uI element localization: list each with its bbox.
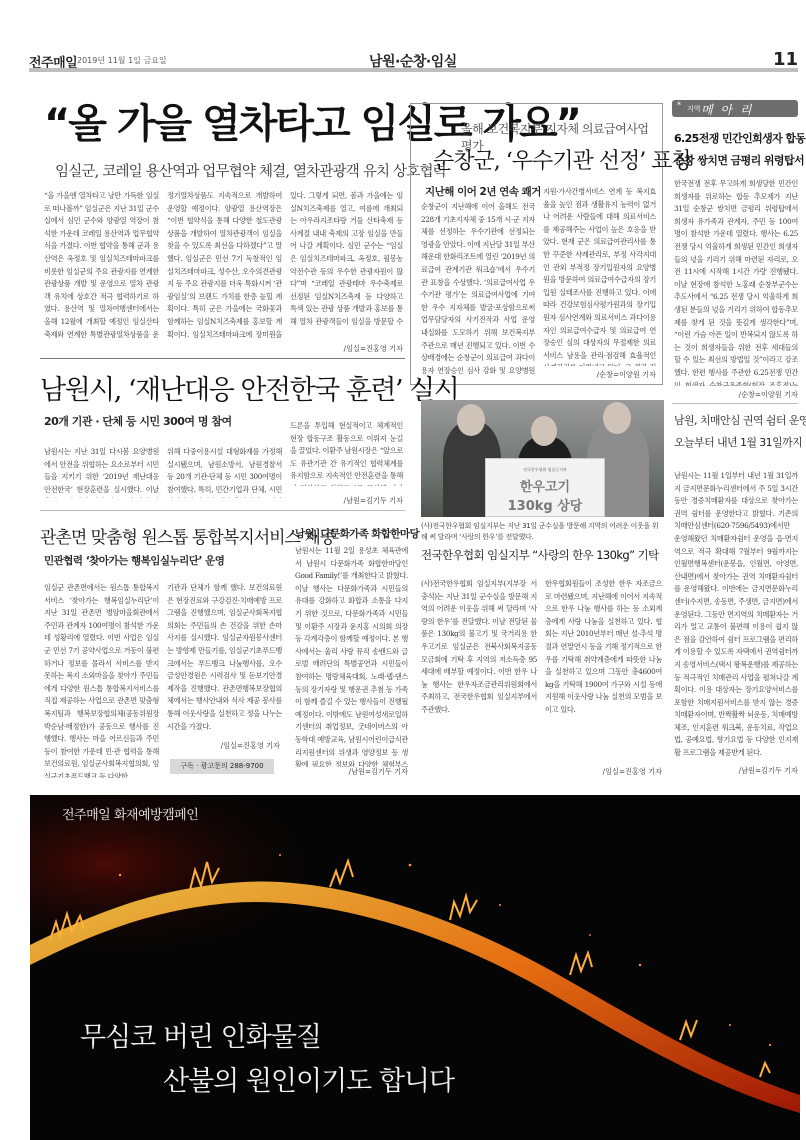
byline-multicultural: /남원=김기두 기자 xyxy=(295,767,408,777)
tag-small-label: 지역 xyxy=(687,104,701,114)
photo-caption: (사)전국한우협회 임실지부는 지난 31일 군수실을 방문해 지역의 어려운 … xyxy=(421,521,664,543)
article-drill-col-1: 남원시는 지난 31일 다시봄 요양병원에서 안전을 위협하는 요소로부터 시민… xyxy=(44,446,159,498)
headline-dementia-line2: 오늘부터 내년 1월 31일까지 xyxy=(674,434,802,450)
page-number: 11 xyxy=(773,49,798,70)
subheadline-disaster-drill: 20개 기관 · 단체 등 시민 300여 명 참여 xyxy=(44,413,232,429)
byline-drill: /남원=김기두 기자 xyxy=(290,496,403,506)
headline-memorial-line1: 6.25전쟁 민간인희생자 합동 위령제 xyxy=(674,130,806,146)
subscribe-ad-contact: 구독 · 광고문의 288-9700 xyxy=(170,759,274,774)
article-main-col-1: “올 가을엔 열차타고 낭만 가득한 임실로 떠나볼까” 임실군은 지난 31일… xyxy=(44,190,159,342)
headline-dementia-line1: 남원, 치매안심 권역 쉼터 운영 xyxy=(674,412,806,428)
subheadline-gwanchon: 민관협력 ‘찾아가는 행복임실누리단’ 운영 xyxy=(44,553,224,568)
headline-memorial-line2: 순창 쌍치면 금평리 위령탑서 xyxy=(674,152,804,168)
boxed-article: 올해 보건복지부 지자체 의료급여사업 평가 순창군, ‘우수기관 선정’ 표창… xyxy=(410,103,663,385)
headline-gwanchon: 관촌면 맞춤형 원스톱 통합복지서비스 제공 xyxy=(40,523,335,548)
article-gwanchon-col-1: 임실군 관촌면에서는 원스톱 통합복지서비스 ‘찾아가는 행복임실누리단’이 지… xyxy=(44,582,159,778)
article-drill-col-3: 드론을 투입해 현실적이고 체계적인 현장 합동구조 활동으로 이뤄져 눈길을 … xyxy=(290,420,403,486)
masthead: 전주매일 2019년 11월 1일 금요일 남원·순창·임실 11 xyxy=(29,48,798,74)
campaign-slogan-line1: 무심코 버린 인화물질 xyxy=(80,1015,321,1054)
news-photo-hanwoo-donation: 전국한우협회 임실군지부 한우고기 130kg 상당 xyxy=(421,400,664,517)
sign-line2: 130kg 상당 xyxy=(486,495,604,514)
article-hanwoo-col-1: (사)전국한우협회 임실지부(지부장 서충석)는 지난 31일 군수실을 방문해… xyxy=(421,578,537,774)
byline-gwanchon: /임실=진홍영 기자 xyxy=(167,741,280,751)
campaign-slogan-line2: 산불의 원인이기도 합니다 xyxy=(163,1059,454,1098)
byline-memorial: /순창=이양원 기자 xyxy=(674,390,798,400)
article-hanwoo-col-2: 한우협회원들이 조성한 한우 자조금으로 마련됐으며, 지난해에 이어서 지속적… xyxy=(545,578,662,764)
divider xyxy=(40,358,405,359)
masthead-divider xyxy=(29,68,798,72)
article-multicultural-body: 남원시는 11월 2일 용성초 체육관에서 남원시 다문화가족 화합한마당인 G… xyxy=(295,545,408,767)
fire-prevention-campaign-ad: 전주매일 화재예방캠페인 무심코 버린 인화물질 산불의 원인이기도 합니다 xyxy=(30,795,800,1140)
article-gwanchon-col-2: 기관과 단체가 함께 했다. 보건의료원은 현장진료와 구강검진·치매예방 프로… xyxy=(167,582,282,738)
article-main-col-2: 정기열차상품도 지속적으로 개발하여 운영할 예정이다. 양광열 용산역장은 “… xyxy=(167,190,282,342)
byline-hanwoo: /임실=진홍영 기자 xyxy=(545,767,662,777)
byline-dementia: /남원=김기두 기자 xyxy=(674,766,798,776)
headline-disaster-drill: 남원시, ‘재난대응 안전한국 훈련’ 실시 xyxy=(40,368,458,407)
person-head xyxy=(531,416,557,446)
article-boxed-col-1: 순창군이 지난해에 이어 올해도 전국 228개 기초지자체 중 15개 시·군… xyxy=(421,201,535,377)
star-icon: * xyxy=(677,101,681,110)
article-drill-col-2: 위해 다중이용시설 대형화재를 가정해 실시됐으며, 남원소방서, 남원경찰서 … xyxy=(167,446,282,498)
headline-multicultural: 남원, 다문화가족 화합한마당 xyxy=(295,526,419,541)
sign-header: 전국한우협회 임실군지부 xyxy=(486,467,604,473)
sign-line1: 한우고기 xyxy=(486,476,604,495)
article-boxed-col-2: 지원·가사간병서비스 연계 등 복지효율을 높인 점과 생활유지 능력이 없거나… xyxy=(543,186,656,366)
donation-sign: 전국한우협회 임실군지부 한우고기 130kg 상당 xyxy=(485,458,605,517)
divider xyxy=(40,510,405,511)
person-head xyxy=(457,404,485,436)
tag-label: 메 아 리 xyxy=(701,101,753,118)
byline-sunchang: /순창=이양원 기자 xyxy=(543,370,656,380)
byline-main: /임실=진홍영 기자 xyxy=(290,344,403,354)
article-memorial-body: 한국전쟁 전후 무고하게 희생당한 민간인 희생자를 위로하는 합동 추모제가 … xyxy=(674,178,798,386)
headline-hanwoo: 전국한우협회 임실지부 “사랑의 한우 130kg” 기탁 xyxy=(421,547,659,563)
article-dementia-body: 남원시는 11월 1일부터 내년 1월 31일까지 금지면문화누리센터에서 주 … xyxy=(674,470,798,762)
issue-date: 2019년 11월 1일 금요일 xyxy=(77,55,167,66)
column-tag-bar: * 지역 메 아 리 xyxy=(672,100,798,117)
person-head xyxy=(603,402,631,434)
article-main-col-3: 있다. 그렇게 되면, 봄과 가을에는 임실N치즈축제를 열고, 여름에 개최되… xyxy=(290,190,403,330)
subheadline-sunchang: 지난해 이어 2년 연속 쾌거 xyxy=(425,184,541,199)
headline-sunchang: 순창군, ‘우수기관 선정’ 표창 xyxy=(433,144,692,175)
campaign-title: 전주매일 화재예방캠페인 xyxy=(62,804,198,823)
divider xyxy=(672,403,798,404)
subheadline-main: 임실군, 코레일 용산역과 업무협약 체결, 열차관광객 유치 상호협력 xyxy=(55,160,446,181)
